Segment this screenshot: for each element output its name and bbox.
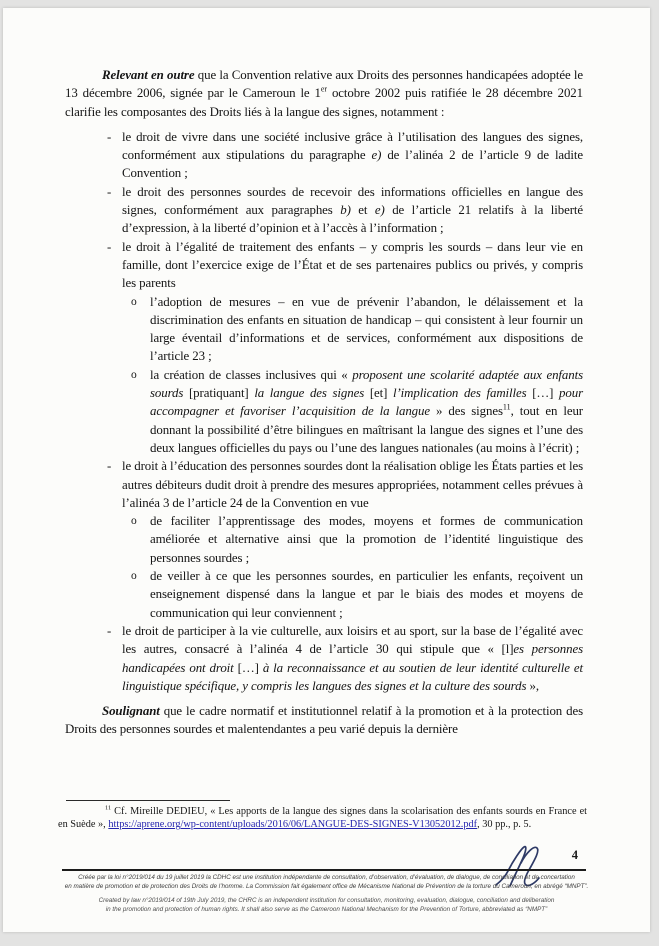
text-segment: l’adoption de mesures – en vue de préven… — [150, 295, 583, 364]
footer-rule — [62, 869, 586, 871]
document-body: Relevant en outre que la Convention rela… — [3, 8, 650, 739]
text-segment: et — [351, 203, 375, 217]
text-segment: [et] — [364, 386, 393, 400]
list-item: - le droit des personnes sourdes de rece… — [65, 183, 583, 238]
sub-list-item: o l’adoption de mesures – en vue de prév… — [65, 293, 583, 366]
rights-list: - le droit de vivre dans une société inc… — [65, 128, 583, 695]
text-segment: b) — [340, 203, 351, 217]
list-item-text: la création de classes inclusives qui « … — [150, 366, 583, 457]
text-segment: de veiller à ce que les personnes sourde… — [150, 569, 583, 620]
sub-list-item: o de faciliter l’apprentissage des modes… — [65, 512, 583, 567]
list-item: - le droit à l’éducation des personnes s… — [65, 457, 583, 512]
footnote-11: 11 Cf. Mireille DEDIEU, « Les apports de… — [58, 805, 587, 831]
text-segment: e) — [375, 203, 385, 217]
footer-french-line1: Créée par la loi n°2019/014 du 19 juille… — [55, 874, 598, 883]
list-item-text: le droit à l’éducation des personnes sou… — [122, 457, 583, 512]
dash-bullet: - — [107, 622, 122, 640]
footer-french-line2: en matière de promotion et de protection… — [55, 883, 598, 892]
text-segment: […] — [527, 386, 560, 400]
list-item-text: le droit à l’égalité de traitement des e… — [122, 238, 583, 293]
list-item: - le droit de vivre dans une société inc… — [65, 128, 583, 183]
circle-bullet: o — [131, 366, 150, 384]
circle-bullet: o — [131, 512, 150, 530]
text-segment: de faciliter l’apprentissage des modes, … — [150, 514, 583, 565]
list-item: - le droit à l’égalité de traitement des… — [65, 238, 583, 293]
text-segment: Soulignant — [102, 704, 160, 718]
text-segment: la création de classes inclusives qui « — [150, 368, 352, 382]
list-item-text: de veiller à ce que les personnes sourde… — [150, 567, 583, 622]
scanned-document: { "page": { "number": "4" }, "markers": … — [0, 0, 659, 946]
paragraph-soulignant: Soulignant que le cadre normatif et inst… — [65, 702, 583, 739]
footer-english-line2: in the promotion and protection of human… — [55, 906, 598, 915]
circle-bullet: o — [131, 293, 150, 311]
list-item-text: l’adoption de mesures – en vue de préven… — [150, 293, 583, 366]
text-segment: l’implication des familles — [393, 386, 527, 400]
page-number: 4 — [572, 848, 578, 863]
dash-bullet: - — [107, 128, 122, 146]
text-segment: Relevant en outre — [102, 68, 194, 82]
document-page: Relevant en outre que la Convention rela… — [3, 8, 650, 932]
list-item-text: le droit de vivre dans une société inclu… — [122, 128, 583, 183]
dash-bullet: - — [107, 183, 122, 201]
text-segment: le droit à l’éducation des personnes sou… — [122, 459, 583, 510]
list-item-text: le droit des personnes sourdes de recevo… — [122, 183, 583, 238]
text-segment: [pratiquant] — [183, 386, 254, 400]
footnote-separator-rule — [66, 800, 230, 801]
list-item: - le droit de participer à la vie cultur… — [65, 622, 583, 695]
paragraph-relevant-en-outre: Relevant en outre que la Convention rela… — [65, 66, 583, 121]
page-footer: Créée par la loi n°2019/014 du 19 juille… — [3, 869, 650, 914]
text-segment: 11 — [503, 403, 511, 412]
footer-text-english: Created by law n°2019/014 of 19th July 2… — [55, 897, 598, 914]
footnote-area: 11 Cf. Mireille DEDIEU, « Les apports de… — [58, 800, 587, 831]
text-segment: e) — [371, 148, 381, 162]
text-segment: , 30 pp., p. 5. — [477, 819, 531, 830]
footer-english-line1: Created by law n°2019/014 of 19th July 2… — [55, 897, 598, 906]
list-item-text: le droit de participer à la vie culturel… — [122, 622, 583, 695]
sub-list-item: o la création de classes inclusives qui … — [65, 366, 583, 457]
text-segment: » des signes — [430, 404, 503, 418]
sub-list-item: o de veiller à ce que les personnes sour… — [65, 567, 583, 622]
dash-bullet: - — [107, 238, 122, 256]
footnote-link[interactable]: https://aprene.org/wp-content/uploads/20… — [108, 819, 477, 830]
footer-text-french: Créée par la loi n°2019/014 du 19 juille… — [55, 874, 598, 891]
dash-bullet: - — [107, 457, 122, 475]
text-segment: […] — [234, 661, 263, 675]
circle-bullet: o — [131, 567, 150, 585]
text-segment: le droit à l’égalité de traitement des e… — [122, 240, 583, 291]
text-segment: la langue des signes — [254, 386, 364, 400]
list-item-text: de faciliter l’apprentissage des modes, … — [150, 512, 583, 567]
text-segment: », — [526, 679, 539, 693]
